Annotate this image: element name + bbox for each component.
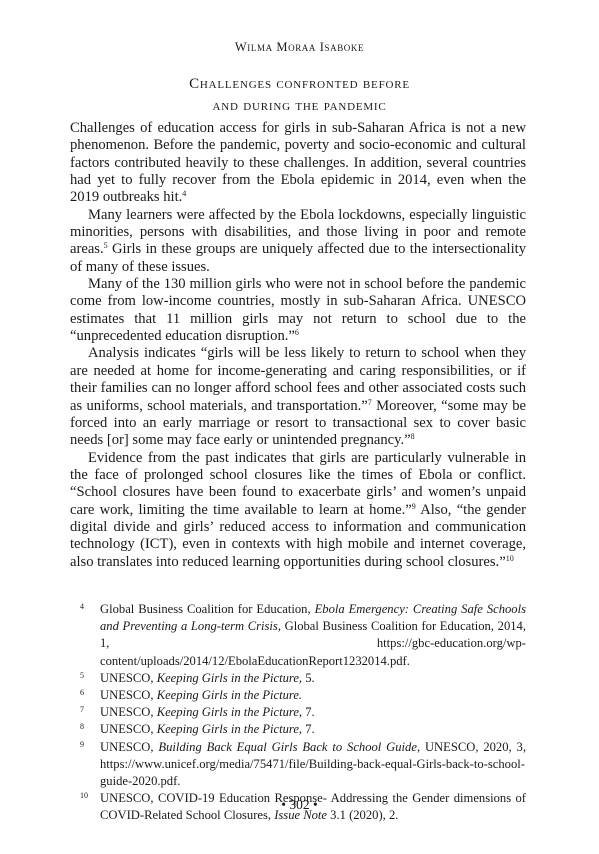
footnote-ref-10[interactable]: 10 (506, 554, 514, 563)
body-text: Challenges of education access for girls… (70, 120, 526, 571)
footnote-8: 8UNESCO, Keeping Girls in the Picture, 7… (70, 721, 526, 738)
footnote-6: 6UNESCO, Keeping Girls in the Picture. (70, 687, 526, 704)
footnote-4: 4Global Business Coalition for Education… (70, 601, 526, 670)
footnote-5: 5UNESCO, Keeping Girls in the Picture, 5… (70, 670, 526, 687)
section-title-line-1: Challenges confronted before (0, 73, 599, 95)
footnote-9: 9UNESCO, Building Back Equal Girls Back … (70, 739, 526, 791)
footnote-ref-8[interactable]: 8 (411, 432, 415, 441)
paragraph-2: Many learners were affected by the Ebola… (70, 207, 526, 276)
footnote-ref-6[interactable]: 6 (295, 328, 299, 337)
paragraph-3: Many of the 130 million girls who were n… (70, 276, 526, 345)
paragraph-5: Evidence from the past indicates that gi… (70, 450, 526, 571)
section-title: Challenges confronted before and during … (0, 73, 599, 117)
running-head: Wilma Moraa Isaboke (0, 40, 599, 55)
section-title-line-2: and during the pandemic (0, 95, 599, 117)
footnotes: 4Global Business Coalition for Education… (70, 601, 526, 825)
paragraph-1: Challenges of education access for girls… (70, 120, 526, 207)
page-number: • 302 • (0, 797, 599, 813)
paragraph-4: Analysis indicates “girls will be less l… (70, 345, 526, 449)
footnote-7: 7UNESCO, Keeping Girls in the Picture, 7… (70, 704, 526, 721)
footnote-ref-4[interactable]: 4 (182, 189, 186, 198)
